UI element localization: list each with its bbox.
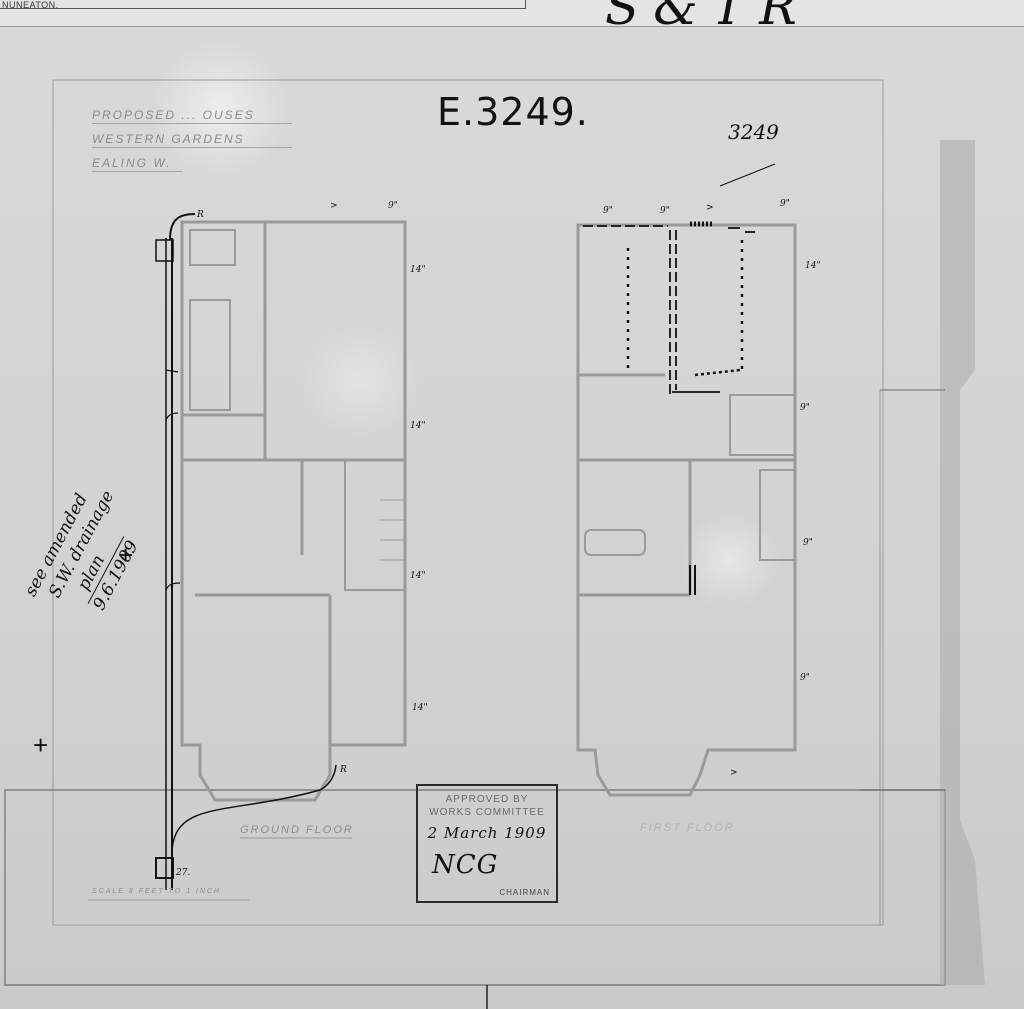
stamp-line-2: WORKS COMMITTEE [418, 807, 556, 818]
svg-text:>: > [730, 768, 738, 778]
svg-text:14": 14" [410, 265, 426, 275]
svg-text:>: > [330, 201, 338, 211]
stamp-signature: NCG [432, 850, 498, 880]
approval-stamp: APPROVED BY WORKS COMMITTEE 2 March 1909… [416, 784, 558, 903]
svg-text:14": 14" [805, 261, 821, 271]
svg-text:9": 9" [780, 199, 790, 209]
scale-label: SCALE 8 FEET TO 1 INCH [92, 888, 221, 895]
svg-text:9": 9" [803, 538, 813, 548]
svg-text:9": 9" [660, 206, 670, 216]
shadow-band [940, 140, 985, 985]
cross-mark-bottom: + [33, 730, 48, 761]
svg-text:>: > [706, 203, 714, 213]
svg-text:R: R [196, 210, 204, 220]
first-floor-plan [578, 225, 795, 795]
svg-text:R: R [339, 765, 347, 775]
ground-floor-plan [182, 222, 405, 800]
first-floor-label: FIRST FLOOR [640, 822, 735, 834]
cross-mark-top: + [118, 540, 133, 571]
svg-text:14": 14" [412, 703, 428, 713]
svg-text:14": 14" [410, 421, 426, 431]
stamp-role: CHAIRMAN [499, 888, 550, 897]
stamp-date: 2 March 1909 [418, 824, 556, 842]
svg-text:27.: 27. [175, 868, 190, 878]
svg-text:9": 9" [388, 201, 398, 211]
stamp-line-1: APPROVED BY [418, 794, 556, 805]
svg-text:9": 9" [800, 403, 810, 413]
svg-text:14": 14" [410, 571, 426, 581]
svg-text:9": 9" [800, 673, 810, 683]
svg-text:9": 9" [603, 206, 613, 216]
ground-floor-label: GROUND FLOOR [240, 824, 354, 836]
